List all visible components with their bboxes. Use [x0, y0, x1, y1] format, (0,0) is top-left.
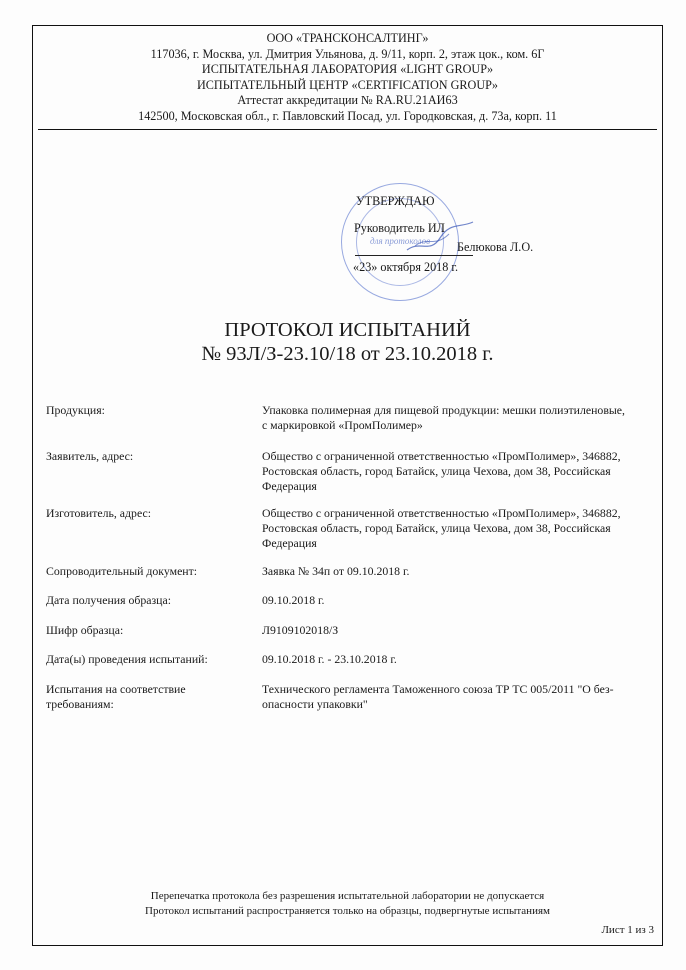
value-line: Общество с ограниченной ответственностью…	[262, 449, 662, 464]
approval-date: «23» октября 2018 г.	[353, 260, 458, 275]
value-line: Технического регламента Таможенного союз…	[262, 682, 662, 697]
field-value: 09.10.2018 г.	[262, 593, 662, 608]
field-value: Упаковка полимерная для пищевой продукци…	[262, 403, 662, 433]
footer-notice: Перепечатка протокола без разрешения исп…	[33, 889, 662, 918]
laboratory-name: ИСПЫТАТЕЛЬНАЯ ЛАБОРАТОРИЯ «LIGHT GROUP»	[33, 62, 662, 78]
accreditation: Аттестат аккредитации № RA.RU.21АИ63	[33, 93, 662, 109]
company-name: ООО «ТРАНСКОНСАЛТИНГ»	[33, 31, 662, 47]
value-line: Л9109102018/З	[262, 623, 662, 638]
center-name: ИСПЫТАТЕЛЬНЫЙ ЦЕНТР «CERTIFICATION GROUP…	[33, 78, 662, 94]
field-label: Дата(ы) проведения испытаний:	[46, 652, 246, 667]
field-label: Дата получения образца:	[46, 593, 246, 608]
field-value: Общество с ограниченной ответственностью…	[262, 506, 662, 551]
value-line: Заявка № 34п от 09.10.2018 г.	[262, 564, 662, 579]
scope-notice: Протокол испытаний распространяется толь…	[33, 904, 662, 919]
approver-position: Руководитель ИЛ	[354, 221, 445, 236]
value-line: 09.10.2018 г. - 23.10.2018 г.	[262, 652, 662, 667]
field-value: Заявка № 34п от 09.10.2018 г.	[262, 564, 662, 579]
value-line: Ростовская область, город Батайск, улица…	[262, 521, 662, 536]
field-label: Шифр образца:	[46, 623, 246, 638]
value-line: Федерация	[262, 536, 662, 551]
title-line-1: ПРОТОКОЛ ИСПЫТАНИЙ	[33, 318, 662, 342]
value-line: 09.10.2018 г.	[262, 593, 662, 608]
organization-header: ООО «ТРАНСКОНСАЛТИНГ» 117036, г. Москва,…	[33, 31, 662, 125]
protocol-number: № 93Л/З-23.10/18 от 23.10.2018 г.	[33, 342, 662, 366]
sheet-number: Лист 1 из 3	[601, 924, 654, 936]
field-value: 09.10.2018 г. - 23.10.2018 г.	[262, 652, 662, 667]
field-label: Изготовитель, адрес:	[46, 506, 246, 521]
value-line: Упаковка полимерная для пищевой продукци…	[262, 403, 662, 418]
label-line: Испытания на соответствие	[46, 682, 246, 697]
laboratory-address: 142500, Московская обл., г. Павловский П…	[33, 109, 662, 125]
value-line: с маркировкой «ПромПолимер»	[262, 418, 662, 433]
company-address: 117036, г. Москва, ул. Дмитрия Ульянова,…	[33, 47, 662, 63]
document-frame: ООО «ТРАНСКОНСАЛТИНГ» 117036, г. Москва,…	[32, 25, 663, 946]
page-title: ПРОТОКОЛ ИСПЫТАНИЙ № 93Л/З-23.10/18 от 2…	[33, 318, 662, 366]
value-line: Ростовская область, город Батайск, улица…	[262, 464, 662, 479]
signature-line	[355, 255, 473, 256]
field-label: Сопроводительный документ:	[46, 564, 246, 579]
header-divider	[38, 129, 657, 130]
field-value: Л9109102018/З	[262, 623, 662, 638]
field-label: Продукция:	[46, 403, 246, 418]
value-line: опасности упаковки"	[262, 697, 662, 712]
field-label: Испытания на соответствие требованиям:	[46, 682, 246, 712]
label-line: требованиям:	[46, 697, 246, 712]
approve-label: УТВЕРЖДАЮ	[356, 194, 435, 209]
value-line: Федерация	[262, 479, 662, 494]
field-value: Технического регламента Таможенного союз…	[262, 682, 662, 712]
reprint-notice: Перепечатка протокола без разрешения исп…	[33, 889, 662, 904]
field-label: Заявитель, адрес:	[46, 449, 246, 464]
value-line: Общество с ограниченной ответственностью…	[262, 506, 662, 521]
field-value: Общество с ограниченной ответственностью…	[262, 449, 662, 494]
approver-name: Белюкова Л.О.	[457, 240, 533, 255]
